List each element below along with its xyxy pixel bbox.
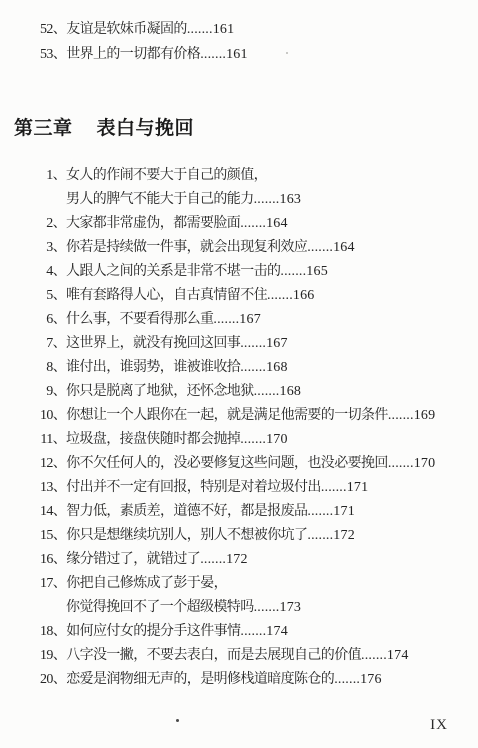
toc-entry: 18、如何应付女的提分手这件事情 .......174 [40,620,478,644]
toc-entry-text: 你只是脱离了地狱，还怀念地狱 [66,380,254,404]
chapter-title: 表白与挽回 [97,115,195,143]
toc-entry-text: 大家都非常虚伪，都需要脸面 [66,212,240,236]
toc-page: 52、友谊是软妹币凝固的 .......16153、世界上的一切都有价格 ...… [0,0,478,748]
toc-entry-text: 你把自己修炼成了彭于晏， [66,572,227,596]
toc-entry-number: 52、 [40,17,66,42]
toc-entry-number: 15、 [40,524,66,548]
toc-entry-text: 八字没一撇，不要去表白，而是去展现自己的价值 [66,644,361,668]
toc-entry: 12、你不欠任何人的，没必要修复这些问题，也没必要挽回 .......170 [40,452,478,476]
toc-entry: 13、付出并不一定有回报，特别是对着垃圾付出 .......171 [40,476,478,500]
toc-entry: 53、世界上的一切都有价格 .......161 [40,42,478,67]
toc-entry-text: 女人的作闹不要大于自己的颜值， [66,164,267,188]
toc-entry-number: 5、 [40,284,66,308]
toc-entry-text: 付出并不一定有回报，特别是对着垃圾付出 [66,476,321,500]
toc-entry-text: 如何应付女的提分手这件事情 [66,620,240,644]
scan-speck [286,52,288,54]
toc-entry-page: .......161 [200,42,248,67]
toc-entry-text: 智力低，素质差，道德不好，都是报废品 [66,500,307,524]
toc-entry-number: 20、 [40,668,66,692]
chapter-toc-list: 1、女人的作闹不要大于自己的颜值，男人的脾气不能大于自己的能力 .......1… [0,164,478,692]
toc-entry: 10、你想让一个人跟你在一起，就是满足他需要的一切条件 .......169 [40,404,478,428]
toc-entry-number: 16、 [40,548,66,572]
toc-entry-text: 你觉得挽回不了一个超级模特吗 [66,596,254,620]
toc-entry-page: .......174 [361,644,409,668]
toc-entry-text: 谁付出，谁弱势，谁被谁收拾 [66,356,240,380]
toc-entry-number: 10、 [40,404,66,428]
toc-entry-page: .......172 [307,524,355,548]
toc-entry-page: .......169 [388,404,436,428]
toc-entry: 4、人跟人之间的关系是非常不堪一击的 .......165 [40,260,478,284]
toc-entry: 15、你只是想继续坑别人，别人不想被你坑了 .......172 [40,524,478,548]
toc-entry-text: 唯有套路得人心，自古真情留不住 [66,284,267,308]
toc-entry-text: 恋爱是润物细无声的，是明修栈道暗度陈仓的 [66,668,334,692]
toc-entry-page: .......176 [334,668,382,692]
toc-entry-page: .......161 [187,17,235,42]
toc-entry-number: 1、 [40,164,66,188]
toc-entry: 男人的脾气不能大于自己的能力 .......163 [40,188,478,212]
chapter-number: 第三章 [14,115,73,143]
toc-entry-number: 11、 [40,428,66,452]
toc-entry: 52、友谊是软妹币凝固的 .......161 [40,17,478,42]
toc-entry-page: .......174 [240,620,288,644]
toc-entry-page: .......166 [267,284,315,308]
toc-entry-text: 男人的脾气不能大于自己的能力 [66,188,254,212]
toc-entry-page: .......171 [321,476,369,500]
toc-entry-page: .......172 [200,548,248,572]
toc-entry: 8、谁付出，谁弱势，谁被谁收拾 .......168 [40,356,478,380]
toc-entry-text: 你只是想继续坑别人，别人不想被你坑了 [66,524,307,548]
toc-entry-text: 垃圾盘，接盘侠随时都会抛掉 [66,428,240,452]
toc-entry: 3、你若是持续做一件事，就会出现复利效应 .......164 [40,236,478,260]
toc-entry-number: 19、 [40,644,66,668]
toc-entry-number: 4、 [40,260,66,284]
toc-entry-number: 17、 [40,572,66,596]
toc-entry-number: 14、 [40,500,66,524]
toc-entry-text: 你想让一个人跟你在一起，就是满足他需要的一切条件 [66,404,388,428]
toc-entry-number: 9、 [40,380,66,404]
toc-entry-page: .......167 [240,332,288,356]
toc-entry: 6、什么事，不要看得那么重 .......167 [40,308,478,332]
toc-entry: 你觉得挽回不了一个超级模特吗 .......173 [40,596,478,620]
toc-entry-page: .......170 [388,452,436,476]
toc-entry-text: 你若是持续做一件事，就会出现复利效应 [66,236,307,260]
toc-entry-page: .......165 [280,260,328,284]
toc-entry: 5、唯有套路得人心，自古真情留不住 .......166 [40,284,478,308]
toc-entry: 14、智力低，素质差，道德不好，都是报废品 .......171 [40,500,478,524]
toc-entry: 2、大家都非常虚伪，都需要脸面 .......164 [40,212,478,236]
toc-entry-page: .......168 [240,356,288,380]
toc-entry-number: 6、 [40,308,66,332]
toc-entry-page: .......164 [307,236,355,260]
toc-entry: 19、八字没一撇，不要去表白，而是去展现自己的价值 .......174 [40,644,478,668]
toc-entry-number: 7、 [40,332,66,356]
toc-entry: 16、缘分错过了，就错过了 .......172 [40,548,478,572]
toc-entry-page: .......171 [307,500,355,524]
toc-entry-number: 2、 [40,212,66,236]
chapter-heading: 第三章 表白与挽回 [14,115,478,143]
toc-entry-text: 什么事，不要看得那么重 [66,308,213,332]
scan-speck [176,719,179,722]
toc-entry-page: .......164 [240,212,288,236]
toc-entry: 9、你只是脱离了地狱，还怀念地狱 .......168 [40,380,478,404]
toc-entry-text: 这世界上，就没有挽回这回事 [66,332,240,356]
toc-entry: 1、女人的作闹不要大于自己的颜值， [40,164,478,188]
toc-entry-number: 8、 [40,356,66,380]
toc-entry-text: 缘分错过了，就错过了 [66,548,200,572]
toc-entry-text: 人跟人之间的关系是非常不堪一击的 [66,260,280,284]
toc-entry-page: .......168 [254,380,302,404]
toc-entry-page: .......167 [213,308,261,332]
toc-entry: 17、你把自己修炼成了彭于晏， [40,572,478,596]
toc-entry-number: 18、 [40,620,66,644]
page-number: IX [430,717,448,734]
toc-entry-page: .......170 [240,428,288,452]
toc-entry-number: 12、 [40,452,66,476]
toc-entry: 20、恋爱是润物细无声的，是明修栈道暗度陈仓的 .......176 [40,668,478,692]
toc-entry: 11、垃圾盘，接盘侠随时都会抛掉 .......170 [40,428,478,452]
toc-entry: 7、这世界上，就没有挽回这回事 .......167 [40,332,478,356]
toc-entry-page: .......163 [254,188,302,212]
toc-entry-number: 3、 [40,236,66,260]
toc-entry-page: .......173 [254,596,302,620]
toc-entry-text: 你不欠任何人的，没必要修复这些问题，也没必要挽回 [66,452,388,476]
toc-entry-text: 友谊是软妹币凝固的 [66,17,187,42]
toc-entry-number: 53、 [40,42,66,67]
toc-entry-text: 世界上的一切都有价格 [66,42,200,67]
toc-entry-number: 13、 [40,476,66,500]
toc-carryover-list: 52、友谊是软妹币凝固的 .......16153、世界上的一切都有价格 ...… [0,0,478,67]
